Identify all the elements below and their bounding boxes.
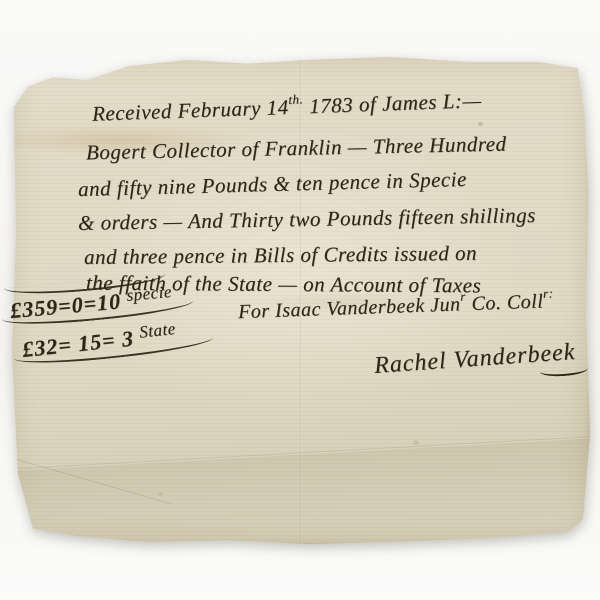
for-line-text-continued: Co. Coll (466, 291, 544, 316)
amount-specie-label: specie (126, 282, 173, 305)
bottom-fold-shading (0, 437, 600, 600)
foxing-spot (413, 440, 419, 445)
line1-superscript: th. (288, 91, 303, 107)
foxing-spot (158, 492, 163, 496)
for-line-superscript2: r: (543, 285, 554, 300)
line1-text-continued: 1783 of James L:— (303, 88, 482, 118)
foxing-spot (478, 122, 483, 126)
for-line-superscript: r (460, 289, 466, 304)
amount-state-label: State (138, 319, 176, 342)
receipt-line-bills-of-credit: and three pence in Bills of Credits issu… (84, 241, 477, 270)
photo-background: Received February 14th. 1783 of James L:… (0, 0, 600, 600)
